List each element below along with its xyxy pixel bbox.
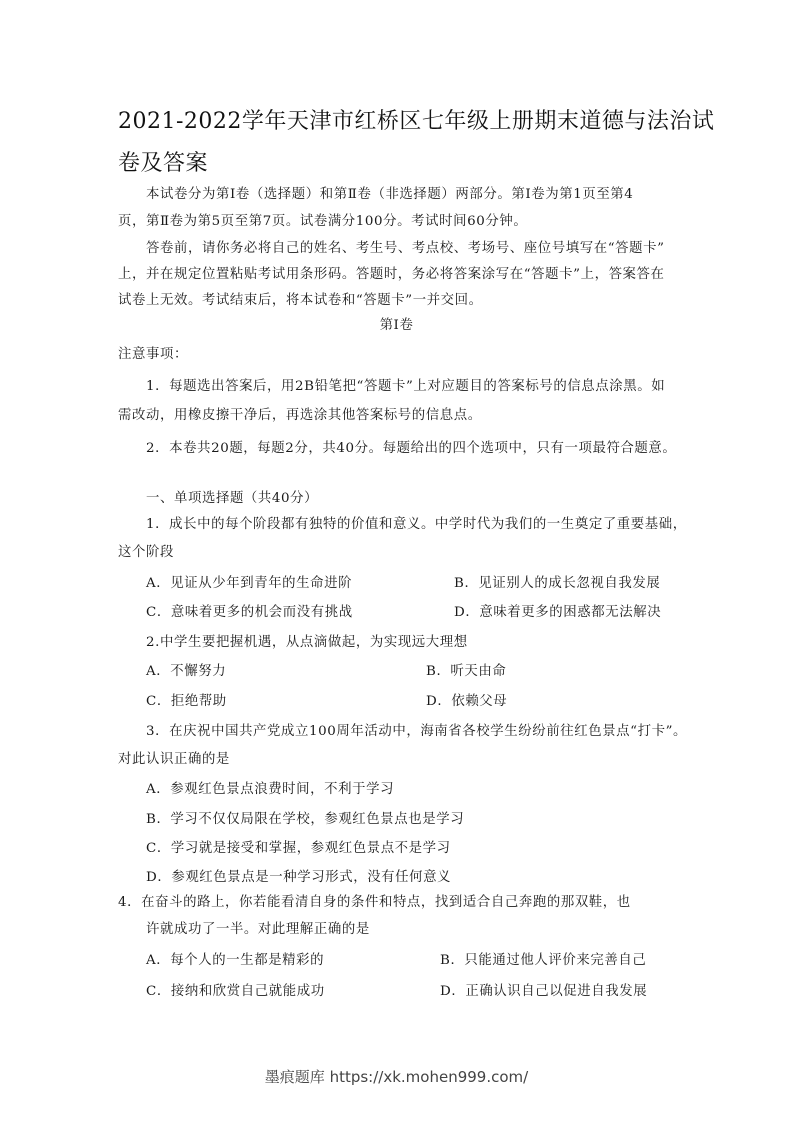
question-1-stem-line-1: 1．成长中的每个阶段都有独特的价值和意义。中学时代为我们的一生奠定了重要基础， bbox=[146, 513, 687, 532]
question-4-option-c: C．接纳和欣赏自己就能成功 bbox=[146, 980, 325, 999]
question-3-stem-line-2: 对此认识正确的是 bbox=[118, 748, 230, 767]
question-1-option-c: C．意味着更多的机会而没有挑战 bbox=[146, 601, 353, 620]
question-3-option-d: D．参观红色景点是一种学习形式，没有任何意义 bbox=[146, 866, 451, 885]
part-heading: 一、单项选择题（共40分） bbox=[146, 487, 318, 506]
question-1-option-d: D．意味着更多的困惑都无法解决 bbox=[454, 601, 661, 620]
question-2-option-a: A．不懈努力 bbox=[146, 660, 226, 679]
question-4-stem-line-2: 许就成功了一半。对此理解正确的是 bbox=[146, 918, 370, 937]
intro-paragraph-2-line-3: 试卷上无效。考试结束后，将本试卷和“答题卡”一并交回。 bbox=[118, 289, 483, 308]
question-3-option-c: C．学习就是接受和掌握，参观红色景点不是学习 bbox=[146, 837, 451, 856]
note-2: 2．本卷共20题，每题2分，共40分。每题给出的四个选项中，只有一项最符合题意。 bbox=[146, 437, 676, 456]
question-2-option-c: C．拒绝帮助 bbox=[146, 690, 227, 709]
intro-paragraph-2-line-2: 上，并在规定位置粘贴考试用条形码。答题时，务必将答案涂写在“答题卡”上，答案答在 bbox=[118, 263, 665, 282]
question-4-option-a: A．每个人的一生都是精彩的 bbox=[146, 949, 324, 968]
page-title-line-1: 2021-2022学年天津市红桥区七年级上册期末道德与法治试 bbox=[118, 104, 714, 135]
question-1-stem-line-2: 这个阶段 bbox=[118, 541, 174, 560]
question-2-option-b: B．听天由命 bbox=[426, 660, 506, 679]
question-1-option-a: A．见证从少年到青年的生命进阶 bbox=[146, 572, 352, 591]
intro-paragraph-2-line-1: 答卷前，请你务必将自己的姓名、考生号、考点校、考场号、座位号填写在“答题卡” bbox=[146, 237, 665, 256]
question-4-option-d: D．正确认识自己以促进自我发展 bbox=[440, 980, 647, 999]
intro-paragraph-1-line-2: 页，第Ⅱ卷为第5页至第7页。试卷满分100分。考试时间60分钟。 bbox=[118, 210, 527, 229]
question-1-option-b: B．见证别人的成长忽视自我发展 bbox=[454, 572, 660, 591]
notes-heading: 注意事项： bbox=[118, 343, 188, 362]
page-title-line-2: 卷及答案 bbox=[118, 146, 208, 177]
note-1-line-2: 需改动，用橡皮擦干净后，再选涂其他答案标号的信息点。 bbox=[118, 404, 482, 423]
note-1-line-1: 1．每题选出答案后，用2B铅笔把“答题卡”上对应题目的答案标号的信息点涂黑。如 bbox=[146, 375, 665, 394]
footer-watermark: 墨痕题库 https://xk.mohen999.com/ bbox=[0, 1066, 793, 1087]
exam-page: 2021-2022学年天津市红桥区七年级上册期末道德与法治试 卷及答案 本试卷分… bbox=[0, 0, 793, 1122]
question-4-stem-line-1: 4．在奋斗的路上，你若能看清自身的条件和特点，找到适合自己奔跑的那双鞋，也 bbox=[118, 891, 631, 910]
question-2-stem: 2.中学生要把握机遇，从点滴做起，为实现远大理想 bbox=[146, 631, 468, 650]
question-3-option-b: B．学习不仅仅局限在学校，参观红色景点也是学习 bbox=[146, 808, 464, 827]
question-4-option-b: B．只能通过他人评价来完善自己 bbox=[440, 949, 646, 968]
question-3-option-a: A．参观红色景点浪费时间，不利于学习 bbox=[146, 778, 394, 797]
question-2-option-d: D．依赖父母 bbox=[426, 690, 507, 709]
intro-paragraph-1-line-1: 本试卷分为第Ⅰ卷（选择题）和第Ⅱ卷（非选择题）两部分。第Ⅰ卷为第1页至第4 bbox=[146, 183, 633, 202]
section-heading: 第Ⅰ卷 bbox=[0, 314, 793, 333]
question-3-stem-line-1: 3．在庆祝中国共产党成立100周年活动中，海南省各校学生纷纷前往红色景点“打卡”… bbox=[146, 720, 687, 739]
